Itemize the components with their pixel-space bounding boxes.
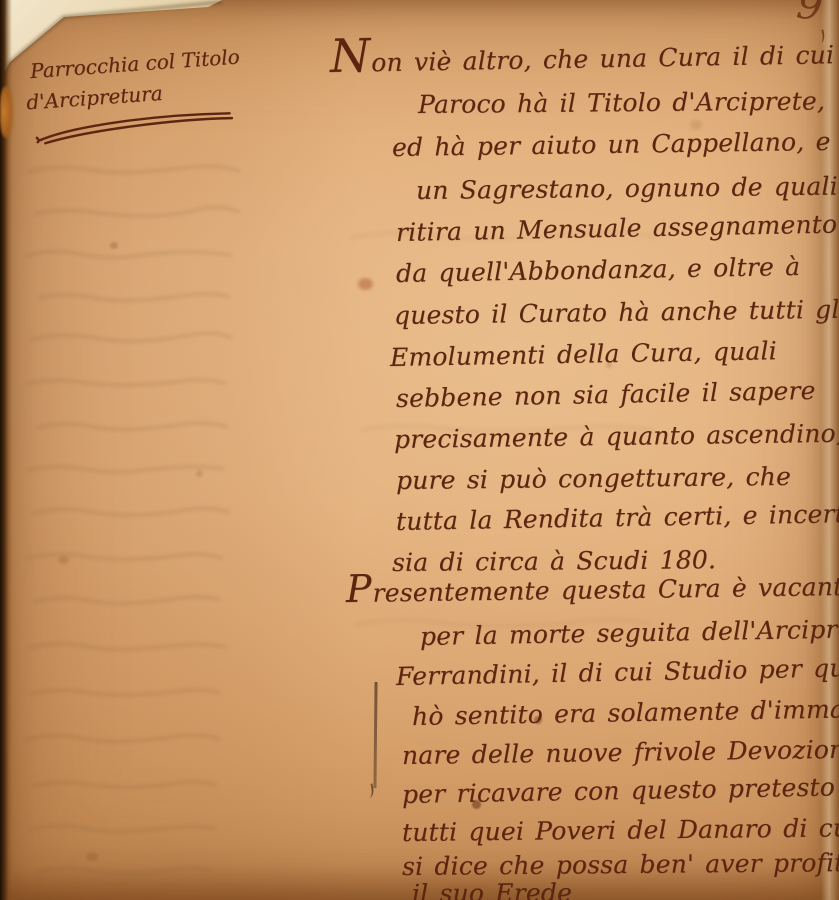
margin-note: Parrocchia col Titolo d'Arcipretura [29, 40, 265, 146]
text-line: il suo Erede [412, 878, 572, 900]
text-line: precisamente à quanto ascendino, [394, 419, 839, 454]
text-line: tutti quei Poveri del Danaro di cui [402, 813, 839, 847]
text-line: si dice che possa ben' aver profittato [402, 848, 839, 881]
text-line: un Sagrestano, ognuno de quali [416, 172, 838, 205]
text-line: nare delle nuove frivole Devozioni [402, 735, 839, 770]
text-line: sia di circa à Scudi 180. [392, 545, 716, 577]
binding-fibers [0, 86, 13, 138]
text-line: ed hà per aiuto un Cappellano, e [392, 127, 831, 162]
text-line: pure si può congetturare, che [396, 462, 791, 495]
text-line: questo il Curato hà anche tutti gl' [394, 295, 839, 330]
text-line: Paroco hà il Titolo d'Arciprete, [418, 86, 825, 119]
manuscript-page: 9 Parrocchia col Titolo d'Arcipretura No… [0, 0, 839, 900]
